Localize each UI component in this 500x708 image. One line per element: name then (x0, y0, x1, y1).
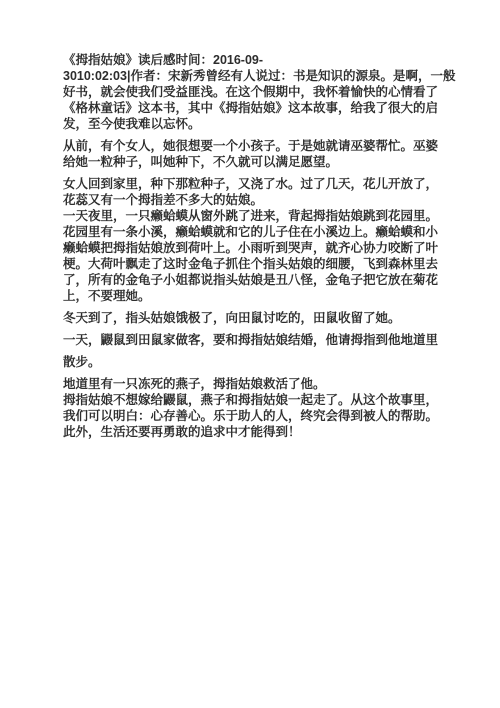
text-line: 散步。 (63, 354, 440, 370)
text-line: 了，所有的金龟子小姐都说指头姑娘是丑八怪，金龟子把它放在菊花 (63, 272, 440, 288)
paragraph: 冬天到了，指头姑娘饿极了，向田鼠讨吃的，田鼠收留了她。 (63, 310, 440, 326)
text-line: 梗。大荷叶飘走了这时金龟子抓住个指头姑娘的细腰，飞到森林里去 (63, 256, 440, 272)
text-line: 花园里有一条小溪，癞蛤蟆就和它的儿子住在小溪边上。癞蛤蟆和小 (63, 224, 440, 240)
text-line: 《拇指姑娘》读后感时间：2016-09- (63, 52, 440, 68)
text-line: 发，至今使我难以忘怀。 (63, 116, 440, 132)
text-line: 好书，就会使我们受益匪浅。在这个假期中，我怀着愉快的心情看了 (63, 84, 440, 100)
paragraph: 一天，鼹鼠到田鼠家做客，要和拇指姑娘结婚，他请拇指到他地道里 (63, 332, 440, 348)
paragraph: 女人回到家里，种下那粒种子，又浇了水。过了几天，花儿开放了，花蕊又有一个拇指差不… (63, 176, 440, 304)
text-line: 从前，有个女人，她很想要一个小孩子。于是她就请巫婆帮忙。巫婆 (63, 138, 440, 154)
text-line: 癞蛤蟆把拇指姑娘放到荷叶上。小雨听到哭声，就齐心协力咬断了叶 (63, 240, 440, 256)
paragraph: 地道里有一只冻死的燕子，拇指姑娘救活了他。拇指姑娘不想嫁给鼹鼠，燕子和拇指姑娘一… (63, 376, 440, 440)
text-line: 一天，鼹鼠到田鼠家做客，要和拇指姑娘结婚，他请拇指到他地道里 (63, 332, 440, 348)
text-line: 花蕊又有一个拇指差不多大的姑娘。 (63, 192, 440, 208)
text-line: 《格林童话》这本书，其中《拇指姑娘》这本故事，给我了很大的启 (63, 100, 440, 116)
paragraph: 《拇指姑娘》读后感时间：2016-09-3010:02:03|作者：宋新秀曾经有… (63, 52, 440, 132)
document-page: 《拇指姑娘》读后感时间：2016-09-3010:02:03|作者：宋新秀曾经有… (0, 0, 500, 708)
text-line: 上，不要理她。 (63, 288, 440, 304)
text-line: 拇指姑娘不想嫁给鼹鼠，燕子和拇指姑娘一起走了。从这个故事里， (63, 392, 440, 408)
article-text: 《拇指姑娘》读后感时间：2016-09-3010:02:03|作者：宋新秀曾经有… (63, 52, 440, 440)
text-line: 3010:02:03|作者：宋新秀曾经有人说过：书是知识的源泉。是啊，一般 (63, 68, 440, 84)
text-line: 冬天到了，指头姑娘饿极了，向田鼠讨吃的，田鼠收留了她。 (63, 310, 440, 326)
text-line: 地道里有一只冻死的燕子，拇指姑娘救活了他。 (63, 376, 440, 392)
paragraph: 散步。 (63, 354, 440, 370)
text-line: 给她一粒种子，叫她种下，不久就可以满足愿望。 (63, 154, 440, 170)
text-line: 我们可以明白：心存善心。乐于助人的人，终究会得到被人的帮助。 (63, 408, 440, 424)
text-line: 一天夜里，一只癞蛤蟆从窗外跳了进来，背起拇指姑娘跳到花园里。 (63, 208, 440, 224)
paragraph: 从前，有个女人，她很想要一个小孩子。于是她就请巫婆帮忙。巫婆给她一粒种子，叫她种… (63, 138, 440, 170)
text-line: 女人回到家里，种下那粒种子，又浇了水。过了几天，花儿开放了， (63, 176, 440, 192)
text-line: 此外，生活还要再勇敢的追求中才能得到！ (63, 424, 440, 440)
